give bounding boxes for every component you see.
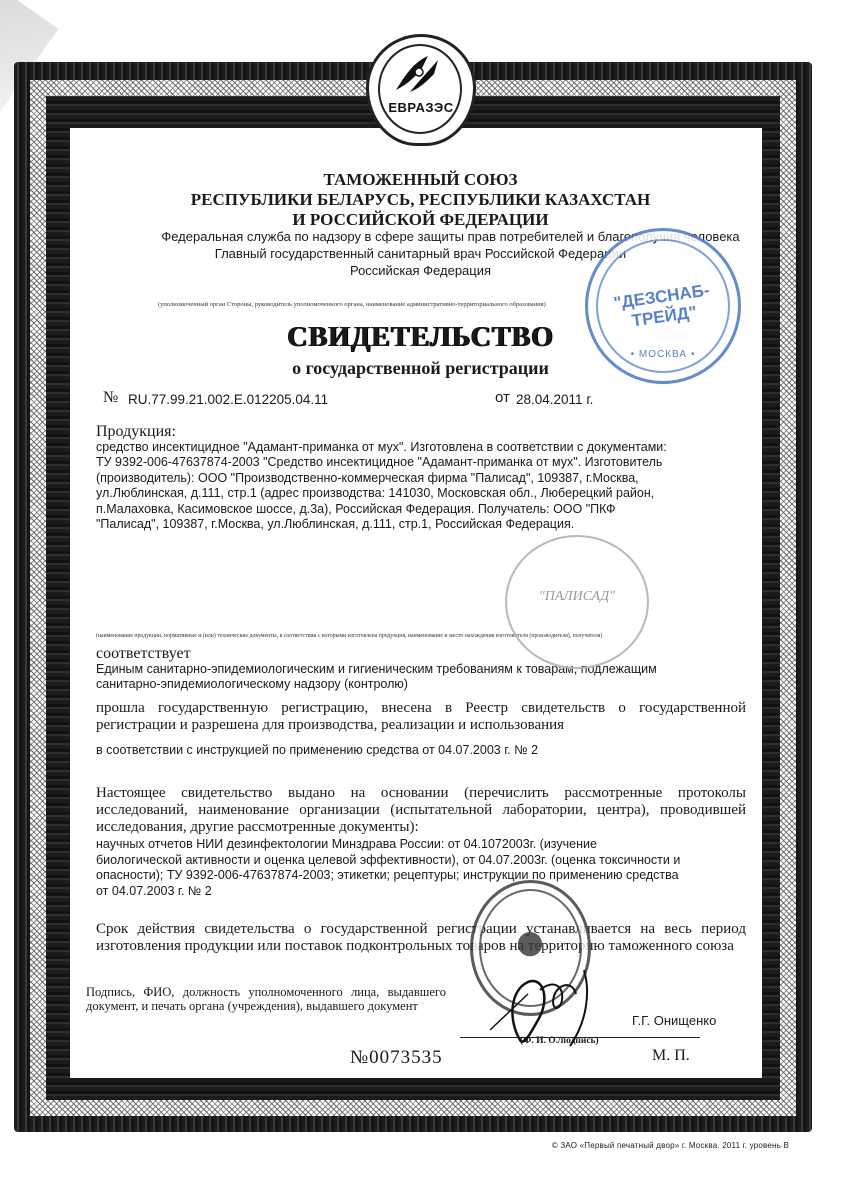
number-label: № [103, 389, 118, 407]
union-line: РЕСПУБЛИКИ БЕЛАРУСЬ, РЕСПУБЛИКИ КАЗАХСТА… [0, 190, 841, 210]
emblem-label: ЕВРАЗЭС [366, 100, 476, 115]
product-line: средство инсектицидное "Адамант-приманка… [96, 440, 746, 456]
instruction-reference: в соответствии с инструкцией по применен… [96, 743, 746, 759]
authority-caption: (уполномоченный орган Стороны, руководит… [158, 301, 546, 308]
blank-serial-number: №0073535 [350, 1047, 443, 1069]
basis-line: биологической активности и оценка целево… [96, 853, 746, 869]
basis-statement: Настоящее свидетельство выдано на основа… [96, 785, 746, 836]
conformity-heading: соответствует [96, 646, 746, 662]
signatory-name: Г.Г. Онищенко [632, 1013, 716, 1028]
union-line: ТАМОЖЕННЫЙ СОЮЗ [0, 170, 841, 190]
printer-imprint: © ЗАО «Первый печатный двор» г. Москва. … [552, 1141, 789, 1150]
eurasec-emblem: ЕВРАЗЭС [366, 34, 476, 146]
product-line: п.Малаховка, Касимовское шоссе, д.3а), Р… [96, 502, 746, 518]
conformity-section: соответствует Единым санитарно-эпидемиол… [96, 646, 746, 693]
basis-documents: научных отчетов НИИ дезинфектологии Минз… [96, 837, 746, 899]
company-stamp-blue: "ДЕЗСНАБ-ТРЕЙД" • МОСКВА • [585, 228, 741, 384]
product-heading: Продукция: [96, 424, 746, 440]
conformity-line: санитарно-эпидемиологическому надзору (к… [96, 677, 746, 693]
seal-place-label: М. П. [652, 1047, 690, 1065]
stamp-manufacturer-name: "ПАЛИСАД" [507, 589, 647, 605]
product-section: Продукция: средство инсектицидное "Адама… [96, 424, 746, 533]
date-label: от [495, 389, 510, 406]
agency-line: Федеральная служба по надзору в сфере за… [0, 228, 841, 245]
validity-statement: Срок действия свидетельства о государств… [96, 921, 746, 955]
signature-caption: Подпись, ФИО, должность уполномоченного … [86, 985, 446, 1013]
product-line: ТУ 9392-006-47637874-2003 "Средство инсе… [96, 455, 746, 471]
stamp-city: • МОСКВА • [588, 349, 738, 360]
registration-number: RU.77.99.21.002.E.012205.04.11 [128, 392, 328, 407]
union-title: ТАМОЖЕННЫЙ СОЮЗ РЕСПУБЛИКИ БЕЛАРУСЬ, РЕС… [0, 170, 841, 230]
manufacturer-stamp-faded: "ПАЛИСАД" [505, 535, 649, 669]
handwritten-signature [480, 960, 600, 1050]
union-line: И РОССИЙСКОЙ ФЕДЕРАЦИИ [0, 210, 841, 230]
registration-date: 28.04.2011 г. [516, 392, 593, 407]
product-line: "Палисад", 109387, г.Москва, ул.Люблинск… [96, 517, 746, 533]
product-line: ул.Люблинская, д.111, стр.1 (адрес произ… [96, 486, 746, 502]
stamp-company-name: "ДЕЗСНАБ-ТРЕЙД" [598, 278, 728, 335]
conformity-line: Единым санитарно-эпидемиологическим и ги… [96, 662, 746, 678]
product-line: (производитель): ООО "Производственно-ко… [96, 471, 746, 487]
basis-line: от 04.07.2003 г. № 2 [96, 884, 746, 900]
registration-statement: прошла государственную регистрацию, внес… [96, 700, 746, 734]
eurasec-emblem-icon [392, 54, 442, 94]
basis-line: опасности); ТУ 9392-006-47637874-2003; э… [96, 868, 746, 884]
basis-line: научных отчетов НИИ дезинфектологии Минз… [96, 837, 746, 853]
